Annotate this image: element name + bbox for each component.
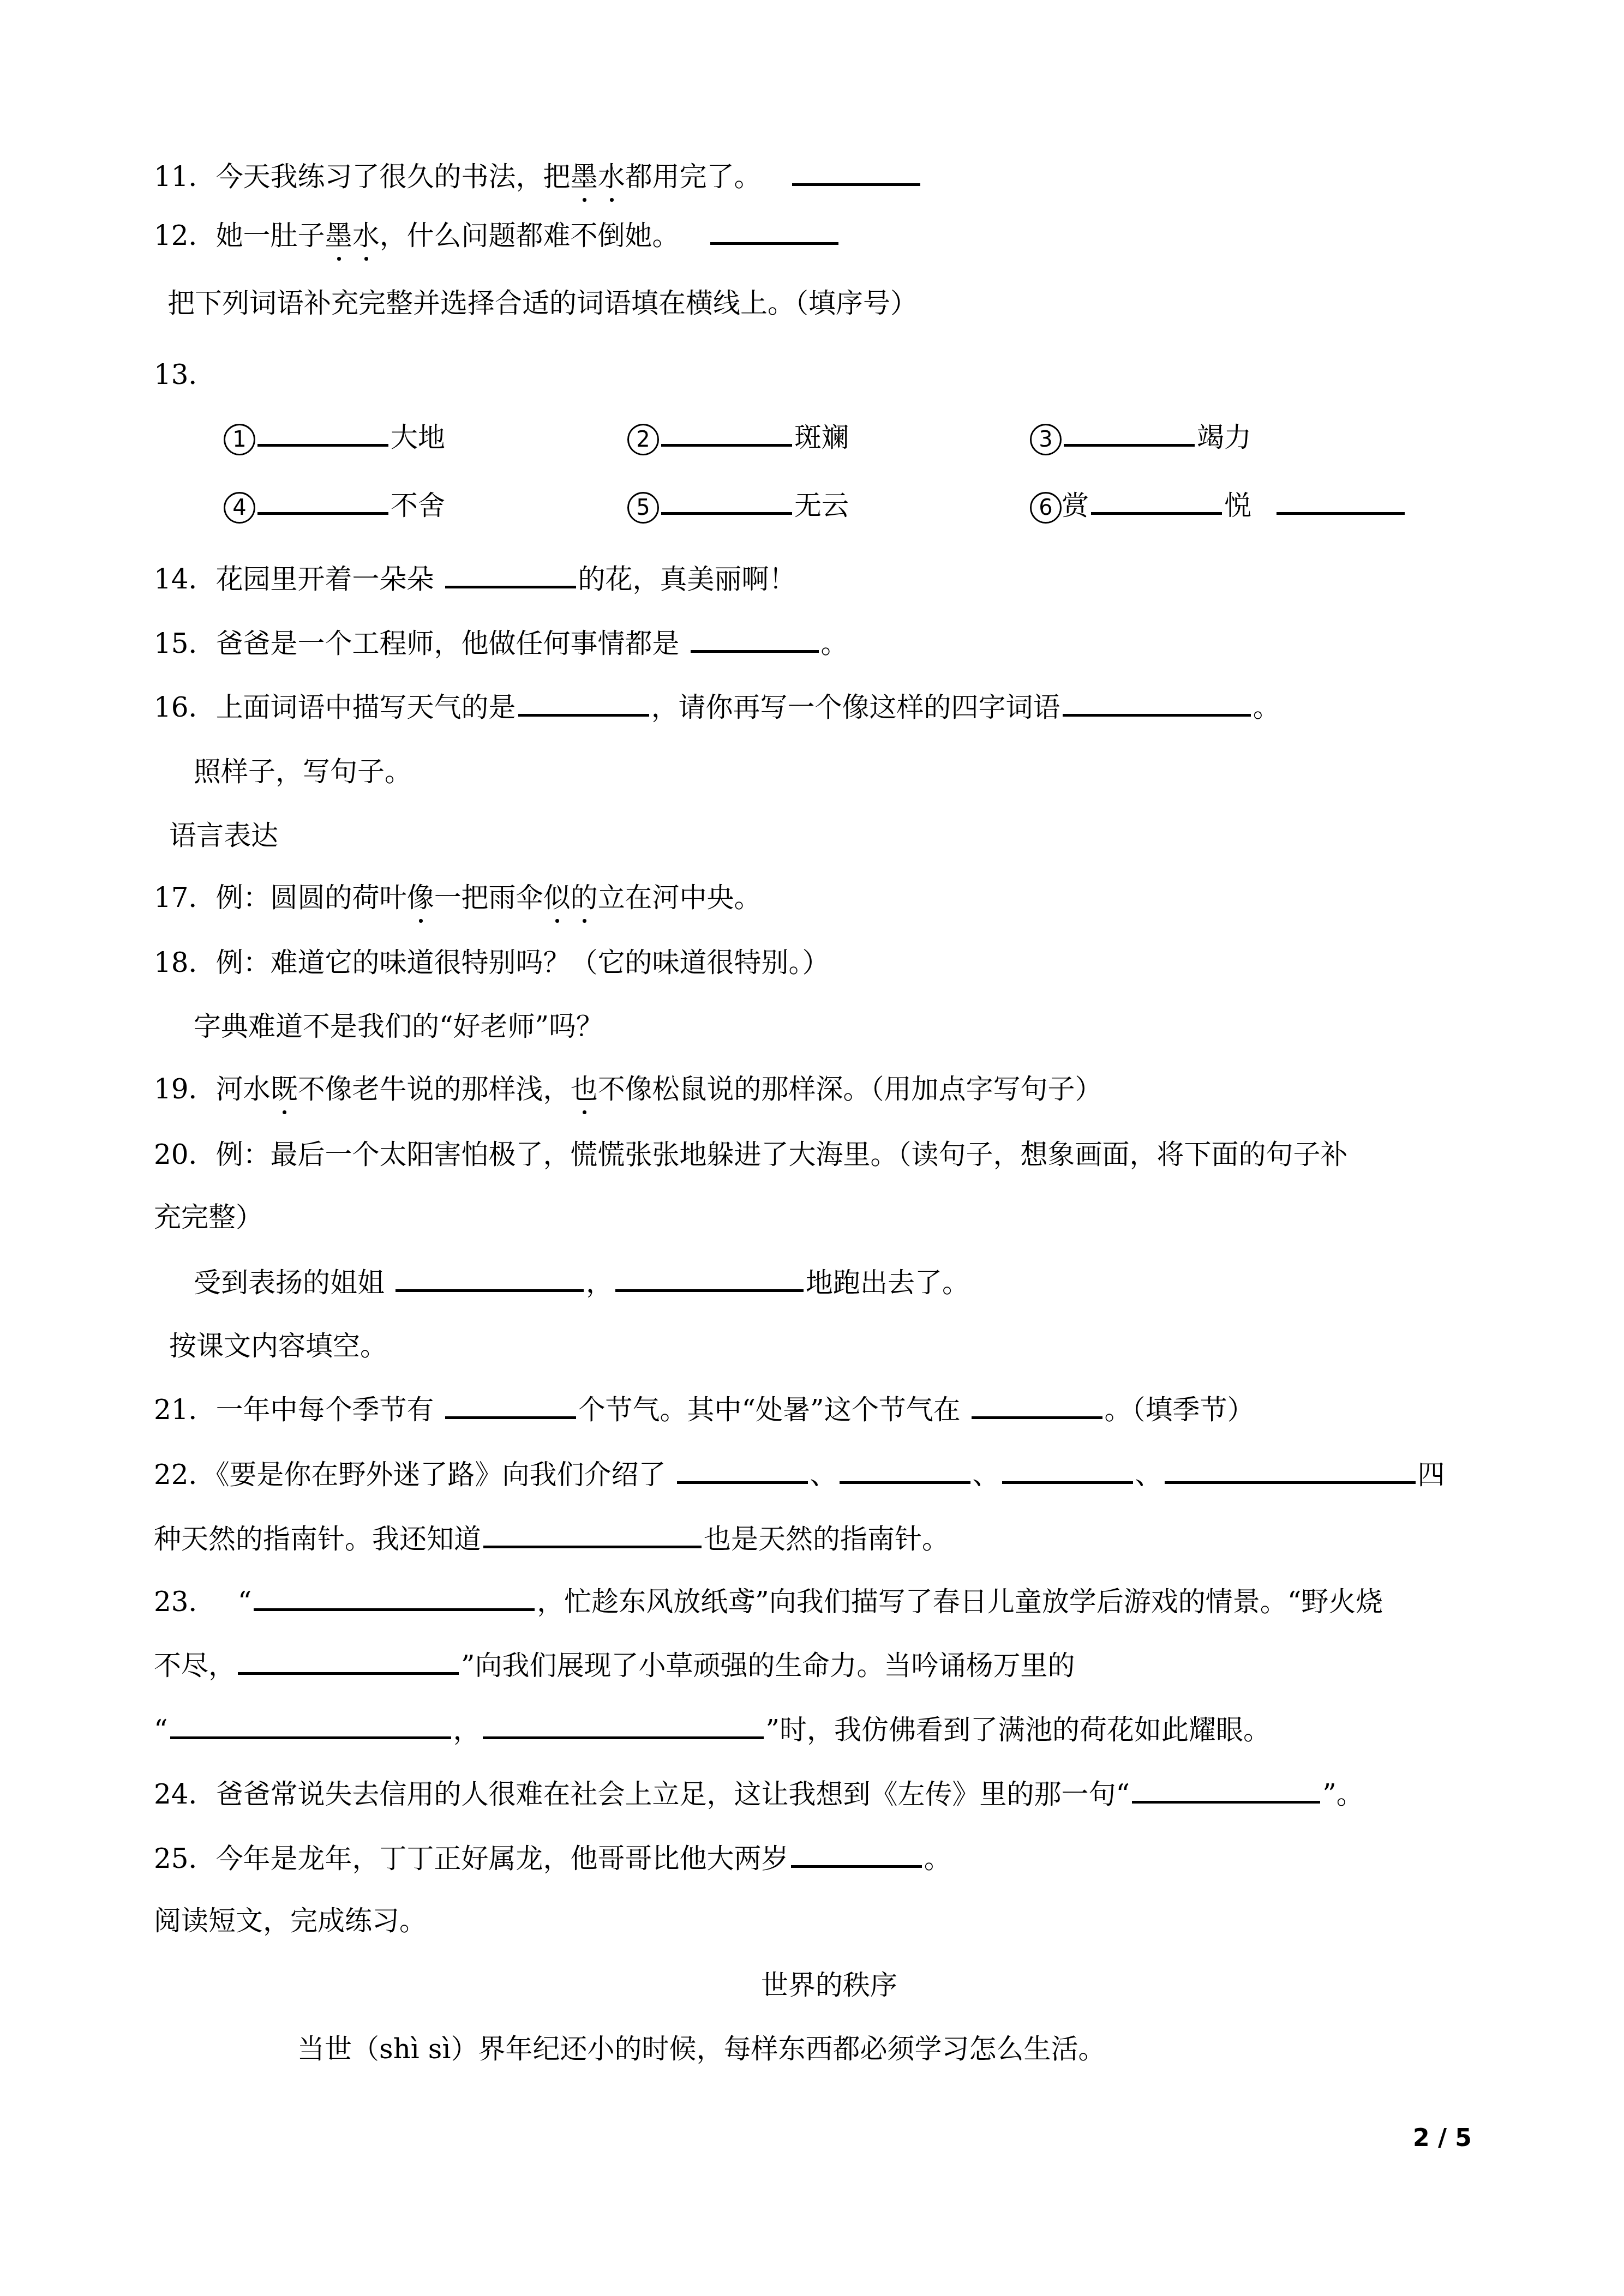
word-suffix: 竭力	[1197, 422, 1251, 453]
question-text: 今年是龙年，丁丁正好属龙，他哥哥比他大两岁	[216, 1843, 789, 1874]
answer-blank[interactable]	[661, 488, 792, 515]
question-18-sub: 字典难道不是我们的“好老师”吗？	[194, 1009, 603, 1044]
question-text: 也是天然的指南针。	[704, 1523, 949, 1555]
question-23-line2: 不尽，”向我们展现了小草顽强的生命力。当吟诵杨万里的	[154, 1648, 1075, 1683]
circled-number-5: 5	[627, 492, 659, 524]
question-number: 17．	[154, 882, 216, 913]
answer-blank[interactable]	[972, 1392, 1102, 1419]
question-text: 。（填季节）	[1105, 1394, 1255, 1426]
separator: 、	[973, 1459, 1000, 1490]
question-number: 12．	[154, 220, 216, 251]
reading-paragraph-1: 当世（shì sì）界年纪还小的时候，每样东西都必须学习怎么生活。	[297, 2031, 1105, 2066]
answer-blank[interactable]	[445, 1392, 576, 1419]
question-text: ”时，我仿佛看到了满池的荷花如此耀眼。	[766, 1714, 1271, 1746]
answer-blank[interactable]	[710, 218, 838, 245]
section-heading-expression: 语言表达	[169, 818, 278, 853]
answer-blank[interactable]	[445, 562, 576, 588]
answer-blank[interactable]	[1091, 488, 1222, 515]
answer-blank[interactable]	[615, 1265, 804, 1292]
question-text: 四	[1418, 1459, 1445, 1490]
question-text: ，请你再写一个像这样的四字词语	[651, 692, 1060, 723]
question-15: 15．爸爸是一个工程师，他做任何事情都是 。	[154, 626, 848, 661]
question-text: ，	[453, 1714, 481, 1746]
question-text: ”向我们展现了小草顽强的生命力。当吟诵杨万里的	[461, 1650, 1075, 1681]
circled-number-2: 2	[627, 424, 659, 455]
question-19: 19．河水既不像老牛说的那样浅，也不像松鼠说的那样深。（用加点字写句子）	[154, 1072, 1102, 1107]
question-23-line3: “，”时，我仿佛看到了满池的荷花如此耀眼。	[154, 1712, 1271, 1747]
question-number: 20．	[154, 1139, 216, 1170]
question-text: 个节气。其中“处暑”这个节气在	[578, 1394, 969, 1426]
circled-number-6: 6	[1030, 492, 1062, 524]
question-text: 爸爸常说失去信用的人很难在社会上立足，这让我想到《左传》里的那一句“	[216, 1778, 1130, 1810]
question-text: 受到表扬的姐姐	[194, 1267, 393, 1299]
word-option-4: 4不舍	[224, 488, 445, 524]
question-text: 一年中每个季节有	[216, 1394, 443, 1426]
reading-instruction: 阅读短文，完成练习。	[154, 1903, 427, 1938]
answer-blank[interactable]	[1063, 690, 1251, 717]
question-text: 花园里开着一朵朵	[216, 563, 443, 595]
answer-blank[interactable]	[677, 1457, 808, 1484]
answer-blank[interactable]	[518, 690, 649, 717]
page-number: 2 / 5	[1413, 2124, 1472, 2152]
answer-blank[interactable]	[691, 626, 819, 653]
word-prefix: 赏	[1062, 490, 1089, 521]
word-suffix: 不舍	[391, 490, 445, 521]
answer-blank[interactable]	[840, 1457, 970, 1484]
question-text: “	[154, 1714, 168, 1746]
question-number: 18．	[154, 947, 216, 978]
dotted-char: 似	[543, 880, 571, 915]
dotted-char: 像	[407, 880, 434, 915]
word-suffix: 无云	[794, 490, 849, 521]
question-text: ，	[586, 1267, 613, 1299]
question-number: 21．	[154, 1394, 216, 1426]
question-17: 17．例：圆圆的荷叶像一把雨伞似的立在河中央。	[154, 880, 762, 915]
question-22: 22．《要是你在野外迷了路》向我们介绍了 、、、四	[154, 1457, 1445, 1492]
answer-blank[interactable]	[257, 488, 388, 515]
question-20-line2: 充完整）	[154, 1200, 263, 1235]
question-text: 的花，真美丽啊！	[578, 563, 796, 595]
answer-blank[interactable]	[483, 1712, 764, 1739]
question-text: 。	[821, 628, 848, 659]
question-text: 今天我练习了很久的书法，把	[216, 161, 571, 193]
question-text: 。	[924, 1843, 951, 1874]
question-number: 24．	[154, 1778, 216, 1810]
question-22-line2: 种天然的指南针。我还知道也是天然的指南针。	[154, 1522, 949, 1556]
question-text: 不像老牛说的那样浅，	[298, 1073, 571, 1105]
dotted-char: 墨	[325, 218, 352, 253]
dotted-char: 的	[571, 880, 598, 915]
reading-title: 世界的秩序	[761, 1968, 897, 2003]
answer-blank[interactable]	[1165, 1457, 1416, 1484]
question-text: 爸爸是一个工程师，他做任何事情都是	[216, 628, 688, 659]
word-option-1: 1大地	[224, 420, 445, 455]
question-20-sub: 受到表扬的姐姐 ，地跑出去了。	[194, 1265, 969, 1300]
question-text: 。	[1253, 692, 1280, 723]
question-number: 23．	[154, 1586, 216, 1618]
question-14: 14．花园里开着一朵朵 的花，真美丽啊！	[154, 562, 796, 597]
question-text: 她一肚子	[216, 220, 325, 251]
question-text: “	[238, 1586, 252, 1618]
circled-number-3: 3	[1030, 424, 1062, 455]
answer-blank[interactable]	[792, 159, 920, 186]
word-suffix: 悦	[1224, 490, 1251, 521]
question-18: 18．例：难道它的味道很特别吗？（它的味道很特别。）	[154, 945, 830, 980]
question-number: 25．	[154, 1843, 216, 1874]
question-text: 《要是你在野外迷了路》向我们介绍了	[216, 1459, 675, 1490]
word-suffix: 斑斓	[794, 422, 849, 453]
answer-blank[interactable]	[483, 1522, 702, 1548]
question-text: 一把雨伞	[434, 882, 543, 913]
section-instruction-imitate: 照样子，写句子。	[194, 754, 412, 789]
separator: 、	[810, 1459, 837, 1490]
question-text: 河水	[216, 1073, 271, 1105]
word-suffix: 大地	[391, 422, 445, 453]
question-25: 25．今年是龙年，丁丁正好属龙，他哥哥比他大两岁。	[154, 1841, 951, 1876]
question-20: 20．例：最后一个太阳害怕极了，慌慌张张地躲进了大海里。（读句子，想象画面，将下…	[154, 1137, 1348, 1172]
question-number: 11．	[154, 161, 216, 193]
question-13-number: 13．	[154, 357, 216, 392]
answer-blank[interactable]	[1132, 1777, 1320, 1804]
separator: 、	[1135, 1459, 1162, 1490]
dotted-char: 墨	[571, 159, 598, 194]
question-number: 14．	[154, 563, 216, 595]
question-12: 12．她一肚子墨水，什么问题都难不倒她。	[154, 218, 841, 253]
question-text: 例：圆圆的荷叶	[216, 882, 407, 913]
question-text: 例：最后一个太阳害怕极了，慌慌张张地躲进了大海里。（读句子，想象画面，将下面的句…	[216, 1139, 1348, 1170]
question-text: ，忙趁东风放纸鸢”向我们描写了春日儿童放学后游戏的情景。“野火烧	[537, 1586, 1383, 1618]
word-option-3: 3竭力	[1030, 420, 1251, 455]
answer-blank[interactable]	[661, 420, 792, 447]
circled-number-1: 1	[224, 424, 255, 455]
answer-blank[interactable]	[395, 1265, 584, 1292]
answer-blank[interactable]	[1277, 488, 1405, 515]
answer-blank[interactable]	[254, 1584, 535, 1611]
section-instruction-words: 把下列词语补充完整并选择合适的词语填在横线上。（填序号）	[167, 286, 918, 321]
dotted-char: 也	[571, 1072, 598, 1107]
question-text: 地跑出去了。	[806, 1267, 969, 1299]
answer-blank[interactable]	[257, 420, 388, 447]
dotted-char: 水	[352, 218, 380, 253]
answer-blank[interactable]	[1002, 1457, 1133, 1484]
question-text: 立在河中央。	[598, 882, 762, 913]
answer-blank[interactable]	[238, 1648, 459, 1675]
question-text: 上面词语中描写天气的是	[216, 692, 516, 723]
question-text: ”。	[1322, 1778, 1364, 1810]
word-option-2: 2斑斓	[627, 420, 849, 455]
question-text: 种天然的指南针。我还知道	[154, 1523, 481, 1555]
word-option-5: 5无云	[627, 488, 849, 524]
section-instruction-text: 按课文内容填空。	[169, 1329, 387, 1363]
question-number: 22．	[154, 1459, 216, 1490]
answer-blank[interactable]	[1064, 420, 1195, 447]
question-text: ，什么问题都难不倒她。	[380, 220, 680, 251]
question-text: 例：难道它的味道很特别吗？（它的味道很特别。）	[216, 947, 830, 978]
question-11: 11．今天我练习了很久的书法，把墨水都用完了。	[154, 159, 922, 194]
circled-number-4: 4	[224, 492, 255, 524]
question-text: 不尽，	[154, 1650, 236, 1681]
dotted-char: 水	[598, 159, 625, 194]
dotted-char: 既	[271, 1072, 298, 1107]
question-24: 24．爸爸常说失去信用的人很难在社会上立足，这让我想到《左传》里的那一句“”。	[154, 1777, 1364, 1812]
question-text: 都用完了。	[625, 161, 762, 193]
question-21: 21．一年中每个季节有 个节气。其中“处暑”这个节气在 。（填季节）	[154, 1392, 1255, 1427]
question-23: 23．“，忙趁东风放纸鸢”向我们描写了春日儿童放学后游戏的情景。“野火烧	[154, 1584, 1383, 1619]
question-number: 15．	[154, 628, 216, 659]
question-number: 16．	[154, 692, 216, 723]
question-16: 16．上面词语中描写天气的是，请你再写一个像这样的四字词语。	[154, 690, 1280, 725]
answer-blank[interactable]	[791, 1841, 922, 1868]
question-number: 19．	[154, 1073, 216, 1105]
answer-blank[interactable]	[170, 1712, 451, 1739]
question-text: 不像松鼠说的那样深。（用加点字写句子）	[598, 1073, 1102, 1105]
word-option-6: 6赏悦	[1030, 488, 1407, 524]
